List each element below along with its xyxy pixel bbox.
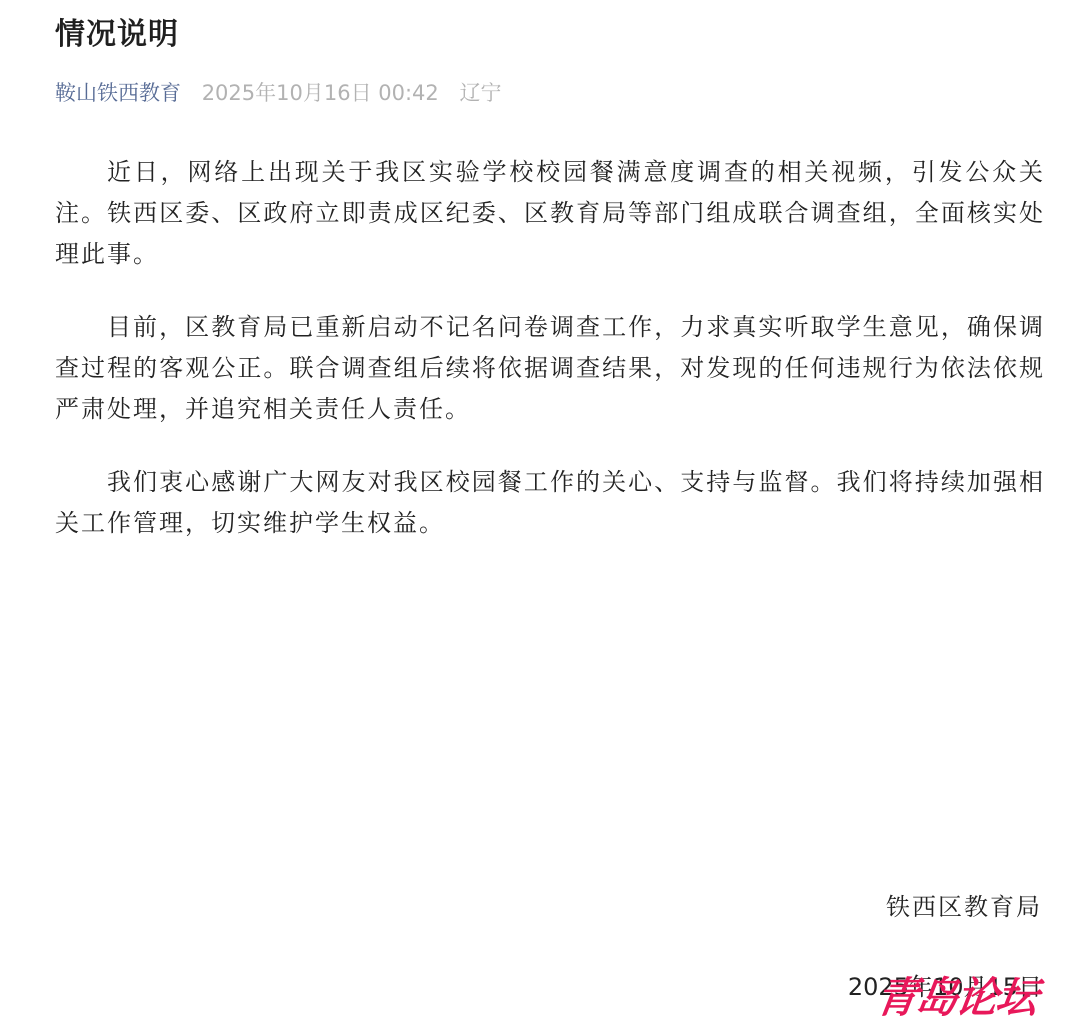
author-link[interactable]: 鞍山铁西教育 [55,81,181,105]
watermark-logo: 青岛论坛 [873,974,1040,1022]
publish-date: 2025年10月16日 00:42 [202,81,439,105]
article-title: 情况说明 [55,15,179,55]
paragraph-2: 目前，区教育局已重新启动不记名问卷调查工作，力求真实听取学生意见，确保调查过程的… [55,307,1045,430]
article-meta: 鞍山铁西教育 2025年10月16日 00:42 辽宁 [55,78,501,108]
signature-organization: 铁西区教育局 [886,890,1042,924]
publish-location: 辽宁 [459,81,501,105]
paragraph-1: 近日，网络上出现关于我区实验学校校园餐满意度调查的相关视频，引发公众关注。铁西区… [55,152,1045,275]
article-body: 近日，网络上出现关于我区实验学校校园餐满意度调查的相关视频，引发公众关注。铁西区… [55,152,1045,576]
paragraph-3: 我们衷心感谢广大网友对我区校园餐工作的关心、支持与监督。我们将持续加强相关工作管… [55,462,1045,544]
